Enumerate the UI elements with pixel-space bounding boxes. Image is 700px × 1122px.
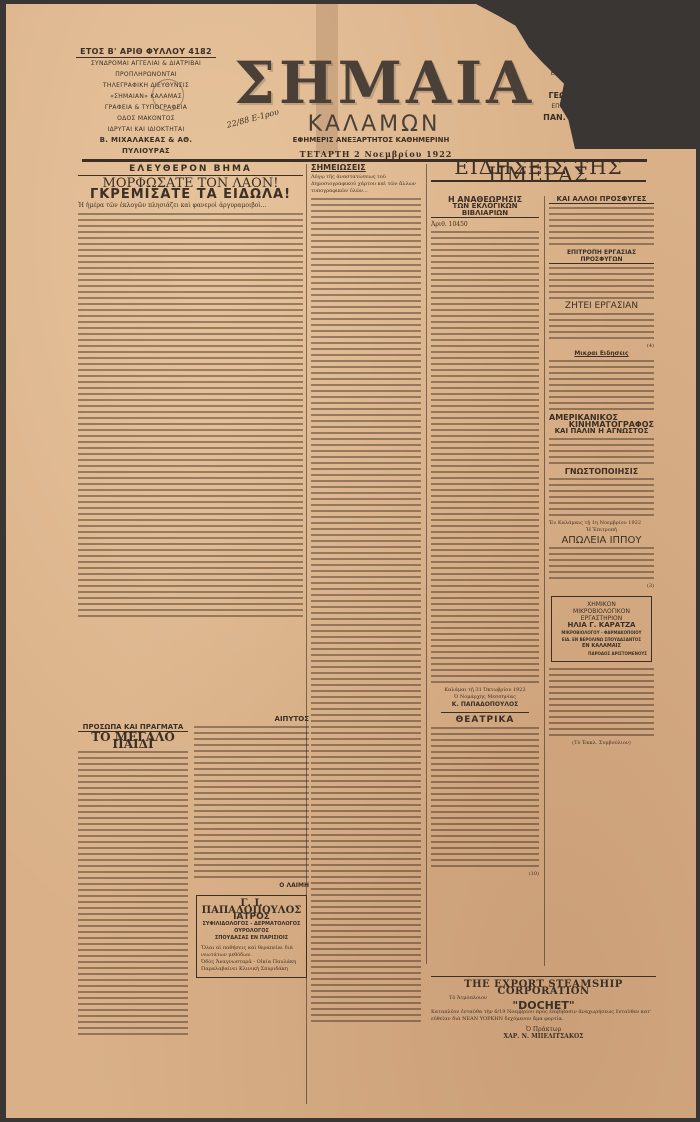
refugees-title: ΚΑΙ ΑΛΛΟΙ ΠΡΟΣΦΥΓΕΣ — [549, 196, 654, 204]
announcement-title: ΓΝΩΣΤΟΠΟΙΗΣΙΣ — [549, 468, 654, 475]
doctor-address: Ὁδὸς Ἀναγνωσταρᾶ - Οἰκία Παυλάκη — [201, 959, 302, 966]
lead-headline: ΜΟΡΦΩΣΑΤΕ ΤΟΝ ΛΑΟΝ! — [78, 180, 303, 187]
lab-ad-line: ΜΙΚΡΟΒΙΟΛΟΓΟΥ - ΦΑΡΜΑΚΟΠΟΙΟΥ — [556, 629, 647, 636]
column-1-lower: ΠΡΟΣΩΠΑ ΚΑΙ ΠΡΑΓΜΑΤΑ ΤΟ ΜΕΓΑΛΟ ΠΑΙΔΙ — [78, 724, 188, 1039]
lost-horse-ref: (3) — [549, 583, 654, 590]
agent-role: Ὁ Πράκτωρ — [431, 1026, 656, 1033]
seeks-work-ref: (4) — [549, 343, 654, 350]
article-ref: Ἀριθ. 10450 — [431, 221, 539, 228]
doctor-studies: ΣΠΟΥΔΑΣΑΣ ΕΝ ΠΑΡΙΣΙΟΙΣ — [201, 935, 302, 942]
article-signature: ΑΙΠΥΤΟΣ — [194, 716, 309, 723]
refugees-body — [549, 207, 654, 245]
notes-body — [311, 198, 421, 1022]
column-2: ΣΗΜΕΙΩΣΕΙΣ Λόγῳ τῆς ἀναστατώσεως τοῦ Δημ… — [311, 164, 421, 1026]
column-3: Η ΑΝΑΘΕΩΡΗΣΙΣ ΤΩΝ ΕΚΛΟΓΙΚΩΝ ΒΙΒΛΙΑΡΙΩΝ Ἀ… — [431, 196, 539, 878]
section-kicker: ΕΛΕΥΘΕΡΟΝ ΒΗΜΑ — [78, 164, 303, 176]
column-1: ΕΛΕΥΘΕΡΟΝ ΒΗΜΑ ΜΟΡΦΩΣΑΤΕ ΤΟΝ ΛΑΟΝ! ΓΚΡΕΜ… — [78, 164, 303, 621]
subscription-note: ΣΥΝΔΡΟΜΑΙ ΑΓΓΕΛΙΑΙ & ΔΙΑΤΡΙΒΑΙ — [76, 58, 216, 69]
notes-kicker: ΣΗΜΕΙΩΣΕΙΣ — [311, 164, 421, 171]
article-sign-date: Καλάμαι τῇ 31 Ὀκτωβρίου 1922 — [431, 687, 539, 694]
telegraph-address: «ΣΗΜΑΙΑΝ» ΚΑΛΑΜΑΣ — [76, 91, 216, 102]
dialogue-body — [194, 726, 309, 878]
telegraph-label: ΤΗΛΕΓΡΑΦΙΚΗ ΔΙΕΥΘΥΝΣΙΣ — [76, 80, 216, 91]
announcement-sign: Ἡ Ἐπιτροπή — [549, 527, 654, 534]
column-divider — [426, 164, 427, 964]
theatre-title: ΘΕΑΤΡΙΚΑ — [431, 717, 539, 724]
lab-ad-address: ΠΑΡΟΔΟΣ ΑΡΙΣΤΟΜΕΝΟΥΣ — [556, 650, 647, 657]
steamship-ad: THE EXPORT STEAMSHIP CORPORATION Τὸ Ἀτμό… — [431, 976, 656, 1040]
lab-ad-line: ΧΗΜΙΚΟΝ — [556, 601, 647, 608]
refugee-committee-body — [549, 267, 654, 299]
theatre-body — [431, 727, 539, 867]
founders-names: Β. ΜΙΧΑΛΑΚΕΑΣ & ΑΘ. ΠΥΛΙΟΥΡΑΣ — [76, 135, 216, 157]
lab-ad-owner: ΗΛΙΑ Γ. ΚΑΡΑΤΖΑ — [556, 622, 647, 629]
doctor-ad-footer: Παραλαβαίνει Κλινική Σπυριδάκη — [201, 966, 302, 973]
lead-article-text: Ἡ ἡμέρα τῶν ἐκλογῶν πλησιάζει καὶ φανερο… — [78, 202, 303, 210]
doctor-ad: Γ. Ι. ΠΑΠΑΔΟΠΟΥΛΟΣ ΙΑΤΡΟΣ ΣΥΦΙΛΙΔΟΛΟΓΟΣ … — [196, 895, 307, 978]
lab-ad-city: ΕΝ ΚΑΛΑΜΑΙΣ — [556, 643, 647, 650]
issue-number: ΕΤΟΣ Β' ΑΡΙΘ ΦΥΛΛΟΥ 4182 — [76, 46, 216, 58]
doctor-ad-text: Ὅλαι αἱ παθήσεις καὶ θεραπεῖαι διὰ νεωτά… — [201, 945, 302, 959]
steamship-company: THE EXPORT STEAMSHIP CORPORATION — [431, 981, 656, 995]
lab-ad-line: ΜΙΚΡΟΒΙΟΛΟΓΙΚΟΝ — [556, 608, 647, 615]
announcement-date: Ἐν Καλάμαις τῇ 1η Νοεμβρίου 1922 — [549, 520, 654, 527]
steamship-text: Καταπλέον ἐνταῦθα τὴν 6/19 Νοεμβρίου πρὸ… — [431, 1009, 656, 1023]
article-sign-role: Ὁ Νομάρχης Μεσσηνίας — [431, 694, 539, 701]
lead-article-body — [78, 213, 303, 617]
news-banner-area: ΕΙΔΗΣΕΙΣ ΤΗΣ ΗΜΕΡΑΣ — [431, 164, 646, 182]
lead-subhead: ΓΚΡΕΜΙΣΑΤΕ ΤΑ ΕΙΔΩΛΑ! — [78, 191, 303, 198]
news-of-the-day-banner: ΕΙΔΗΣΕΙΣ ΤΗΣ ΗΜΕΡΑΣ — [431, 164, 646, 182]
short-news-body — [549, 360, 654, 410]
lost-horse-body — [549, 547, 654, 579]
article-signature-2: Ο ΛΑΙΜΗ — [194, 882, 309, 889]
agent-name: ΧΑΡ. Ν. ΜΠΕΛΙΤΣΑΚΟΣ — [431, 1033, 656, 1040]
laboratory-ad: ΧΗΜΙΚΟΝ ΜΙΚΡΟΒΙΟΛΟΓΙΚΟΝ ΕΡΓΑΣΤΗΡΙΟΝ ΗΛΙΑ… — [551, 596, 652, 662]
article-subtitle: ΤΩΝ ΕΚΛΟΓΙΚΩΝ ΒΙΒΛΙΑΡΙΩΝ — [431, 203, 539, 218]
doctor-specialty: ΣΥΦΙΛΙΔΟΛΟΓΟΣ - ΔΕΡΜΑΤΟΛΟΓΟΣ ΟΥΡΟΛΟΓΟΣ — [201, 921, 302, 935]
article-sign-name: Κ. ΠΑΠΑΔΟΠΟΥΛΟΣ — [431, 701, 539, 708]
column-4: ΚΑΙ ΑΛΛΟΙ ΠΡΟΣΦΥΓΕΣ ΕΠΙΤΡΟΠΗ ΕΡΓΑΣΙΑΣ ΠΡ… — [549, 196, 654, 747]
section-rule — [441, 712, 529, 713]
column-divider — [306, 164, 307, 1104]
seeks-work-body — [549, 313, 654, 339]
seeks-work-title: ΖΗΤΕΙ ΕΡΓΑΣΙΑΝ — [549, 303, 654, 310]
church-notice-body — [549, 668, 654, 736]
newspaper-subtitle: ΚΑΛΑΜΩΝ — [274, 112, 474, 137]
refugee-committee-title: ΕΠΙΤΡΟΠΗ ΕΡΓΑΣΙΑΣ ΠΡΟΣΦΥΓΩΝ — [549, 249, 654, 264]
short-news-title: Μικραι Ειδησεις — [549, 350, 654, 357]
masthead-left-box: ΕΤΟΣ Β' ΑΡΙΘ ΦΥΛΛΟΥ 4182 ΣΥΝΔΡΟΜΑΙ ΑΓΓΕΛ… — [76, 46, 216, 157]
ship-name: "DOCHET" — [431, 1002, 656, 1009]
newspaper-tagline: ΕΦΗΜΕΡΙΣ ΑΝΕΞΑΡΤΗΤΟΣ ΚΑΘΗΜΕΡΙΝΗ — [256, 136, 486, 144]
founders-label: ΙΔΡΥΤΑΙ ΚΑΙ ΙΔΙΟΚΤΗΤΑΙ — [76, 124, 216, 135]
notes-lede: Λόγῳ τῆς ἀναστατώσεως τοῦ Δημοσιογραφικο… — [311, 174, 421, 195]
announcement-body — [549, 478, 654, 516]
newspaper-title: ΣΗΜΑΙΑ — [234, 52, 504, 114]
section2-body — [78, 751, 188, 1035]
prepaid-note: ΠΡΟΠΛΗΡΩΝΟΝΤΑΙ — [76, 69, 216, 80]
lab-ad-line: ΕΙΔ. ΕΝ ΒΕΡΟΛΙΝΩ ΣΠΟΥΔΑΣΑΝΤΟΣ — [556, 636, 647, 643]
section2-headline: ΤΟ ΜΕΓΑΛΟ ΠΑΙΔΙ — [78, 734, 188, 748]
library-stamp — [152, 79, 184, 111]
offices-address: ΟΔΟΣ ΜΑΚΟΝΤΟΣ — [76, 113, 216, 124]
column-1b-lower: ΑΙΠΥΤΟΣ Ο ΛΑΙΜΗ Γ. Ι. ΠΑΠΑΔΟΠΟΥΛΟΣ ΙΑΤΡΟ… — [194, 716, 309, 984]
column-divider — [544, 196, 545, 966]
ad-ref: (10) — [431, 871, 539, 878]
newspaper-page: ΕΤΟΣ Β' ΑΡΙΘ ΦΥΛΛΟΥ 4182 ΣΥΝΔΡΟΜΑΙ ΑΓΓΕΛ… — [6, 4, 696, 1118]
cinema-body — [549, 438, 654, 464]
issue-date: ΤΕΤΑΡΤΗ 2 Νοεμβρίου 1922 — [286, 149, 466, 159]
lost-horse-title: ΑΠΩΛΕΙΑ ΙΠΠΟΥ — [549, 537, 654, 544]
article-body — [431, 231, 539, 683]
cinema-title-c: ΚΑΙ ΠΑΛΙΝ Η ΑΓΝΩΣΤΟΣ — [549, 428, 654, 435]
offices-label: ΓΡΑΦΕΙΑ & ΤΥΠΟΓΡΑΦΕΙΑ — [76, 102, 216, 113]
church-notice-sign: (Τὸ Ἐκκλ. Συμβούλιον) — [549, 740, 654, 747]
